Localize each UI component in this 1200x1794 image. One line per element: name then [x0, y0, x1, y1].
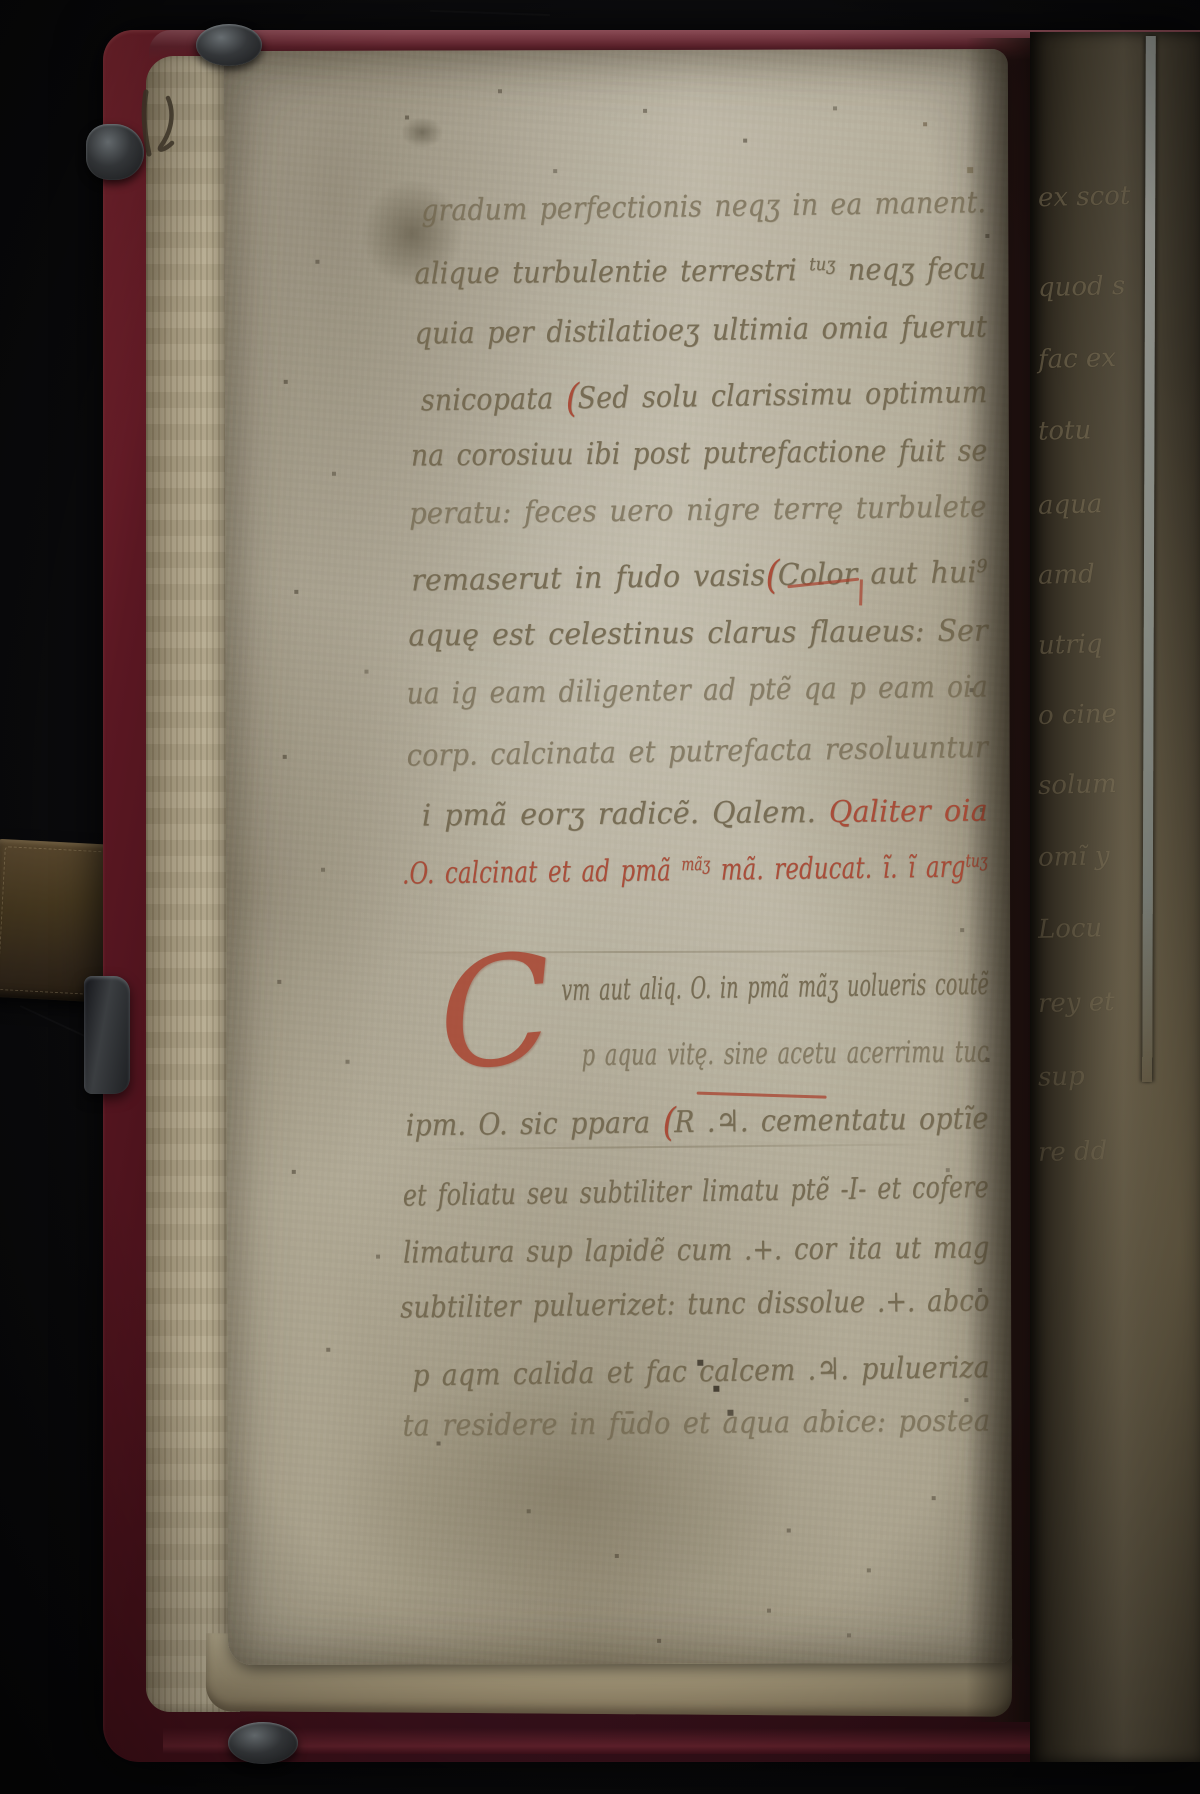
- photograph-black-background: gradum perfectionis neqʒ in ea manent.al…: [0, 0, 1200, 1794]
- ink-text: ua ig eam diligenter ad ptẽ qa p eam oia: [406, 669, 988, 711]
- ink-text: remaserut in fudo vasis: [411, 558, 766, 598]
- text-line-17: limatura sup lapidẽ cum .+. cor ita ut m…: [403, 1230, 990, 1270]
- rubric-text: (: [565, 376, 578, 421]
- facing-page-text-fragment: totu: [1038, 415, 1092, 446]
- ink-text: ta residere in fūdo et aqua abice: poste…: [402, 1403, 990, 1443]
- text-line-19: p aqm calida et fac calcem .♃. pulueriza: [412, 1350, 990, 1394]
- facing-page-text-fragment: quod s: [1038, 271, 1126, 303]
- text-line-13: vm aut aliq. O. in pmã mãʒ uolueris cout…: [561, 967, 989, 1008]
- ink-text: peratu: feces uero nigre terrę turbulete: [409, 489, 987, 531]
- rubric-text: mã. reducat. ĩ. ĩ arg: [710, 850, 966, 888]
- facing-page-text-fragment: ex scot: [1038, 181, 1131, 213]
- rubric-text: (: [765, 553, 778, 598]
- rubric-text: .O. calcinat et ad pmã: [402, 853, 682, 891]
- vellum-page: gradum perfectionis neqʒ in ea manent.al…: [224, 49, 1012, 1665]
- facing-page-text-fragment: sup: [1038, 1061, 1086, 1092]
- text-line-18: subtiliter puluerizet: tunc dissolue .+.…: [400, 1283, 990, 1325]
- facing-page-text-fragment: fac ex: [1038, 343, 1117, 375]
- ink-text: i pmã eorʒ radicẽ. Qalem.: [422, 795, 829, 834]
- ink-text: 9: [976, 556, 987, 577]
- rubric-text: mãʒ: [681, 854, 710, 875]
- clasp-ribbon-strip: [1142, 36, 1156, 1082]
- text-line-12: .O. calcinat et ad pmã mãʒ mã. reducat. …: [402, 849, 988, 891]
- ink-text: snicopata: [421, 381, 566, 418]
- ink-text: p aqm calida et fac calcem .♃. pulueriza: [412, 1350, 990, 1394]
- text-line-7: remaserut in fudo vasis(Color aut hui9: [411, 550, 988, 604]
- text-line-11: i pmã eorʒ radicẽ. Qalem. Qaliter oia: [422, 794, 988, 834]
- facing-page-text-fragment: omĩ y: [1038, 841, 1110, 873]
- facing-page-text-fragment: rey et: [1038, 987, 1115, 1019]
- ink-text: limatura sup lapidẽ cum .+. cor ita ut m…: [403, 1230, 990, 1270]
- text-line-1: gradum perfectionis neqʒ in ea manent.: [421, 185, 986, 228]
- facing-page-text-fragment: utriq: [1038, 629, 1103, 661]
- facing-page-text-fragment: amd: [1038, 559, 1096, 590]
- manuscript-book: gradum perfectionis neqʒ in ea manent.al…: [0, 0, 1200, 1794]
- ink-text: aquę est celestinus clarus flaueus: Ser: [408, 613, 988, 653]
- manuscript-text-block: gradum perfectionis neqʒ in ea manent.al…: [224, 49, 1012, 1665]
- ink-text: Color aut hui: [778, 555, 977, 593]
- ink-text: tuʒ: [809, 254, 835, 275]
- text-line-3: quia per distilatioeʒ ultimia omia fueru…: [414, 310, 987, 352]
- text-line-8: aquę est celestinus clarus flaueus: Ser: [408, 613, 988, 653]
- ink-text: Sed solu clarissimu optimum: [577, 375, 987, 416]
- ink-text: ipm. O. sic ppara: [405, 1105, 662, 1143]
- text-line-6: peratu: feces uero nigre terrę turbulete: [409, 489, 987, 531]
- metal-boss-left-corner: [86, 124, 144, 180]
- text-line-20: ta residere in fūdo et aqua abice: poste…: [402, 1403, 990, 1443]
- facing-page-partial: ex scotquod sfac extotuaquaamdutriqo cin…: [1030, 32, 1200, 1762]
- rubric-text: tuʒ: [965, 851, 987, 872]
- ink-text: alique turbulentie terrestri: [414, 253, 809, 291]
- facing-page-text-fragment: o cine: [1038, 699, 1118, 731]
- ink-text: subtiliter puluerizet: tunc dissolue .+.…: [400, 1283, 990, 1325]
- rubric-text: (: [662, 1100, 674, 1145]
- text-line-10: corp. calcinata et putrefacta resoluuntu…: [406, 730, 988, 774]
- text-line-15: ipm. O. sic ppara (R .♃. cementatu optĩe: [405, 1096, 988, 1148]
- facing-page-text-fragment: solum: [1038, 769, 1117, 801]
- ink-text: corp. calcinata et putrefacta resoluuntu…: [406, 730, 988, 774]
- red-flourish: [697, 1092, 827, 1099]
- text-line-4: snicopata (Sed solu clarissimu optimum: [420, 370, 987, 423]
- facing-page-text-fragment: aqua: [1038, 489, 1103, 521]
- ink-text: R .♃. cementatu optĩe: [674, 1101, 989, 1140]
- metal-boss-bottom: [228, 1722, 298, 1764]
- ink-text: neqʒ fecu: [835, 252, 986, 288]
- ink-text: p aqua vitę. sine acetu acerrimu tuc: [581, 1035, 989, 1074]
- metal-boss-top: [196, 24, 262, 66]
- text-line-2: alique turbulentie terrestri tuʒ neqʒ fe…: [414, 252, 986, 292]
- text-line-9: ua ig eam diligenter ad ptẽ qa p eam oia: [406, 669, 988, 711]
- ink-text: vm aut aliq. O. in pmã mãʒ uolueris cout…: [561, 967, 989, 1008]
- metal-clasp-catch: [84, 976, 130, 1094]
- facing-page-text-fragment: re dd: [1038, 1136, 1108, 1168]
- drop-cap-initial-C: C: [432, 933, 560, 1093]
- text-line-16: et foliatu seu subtiliter limatu ptẽ -I-…: [403, 1170, 989, 1214]
- rubric-text: Qaliter oia: [829, 794, 988, 830]
- ink-text: gradum perfectionis neqʒ in ea manent.: [421, 185, 986, 228]
- facing-page-text-fragment: Locu: [1038, 913, 1103, 945]
- ink-text: et foliatu seu subtiliter limatu ptẽ -I-…: [403, 1170, 989, 1214]
- text-line-5: na corosiuu ibi post putrefactione fuit …: [411, 434, 988, 474]
- text-line-14: p aqua vitę. sine acetu acerrimu tuc: [581, 1035, 989, 1074]
- ink-text: na corosiuu ibi post putrefactione fuit …: [411, 434, 988, 474]
- ink-text: quia per distilatioeʒ ultimia omia fueru…: [414, 310, 987, 352]
